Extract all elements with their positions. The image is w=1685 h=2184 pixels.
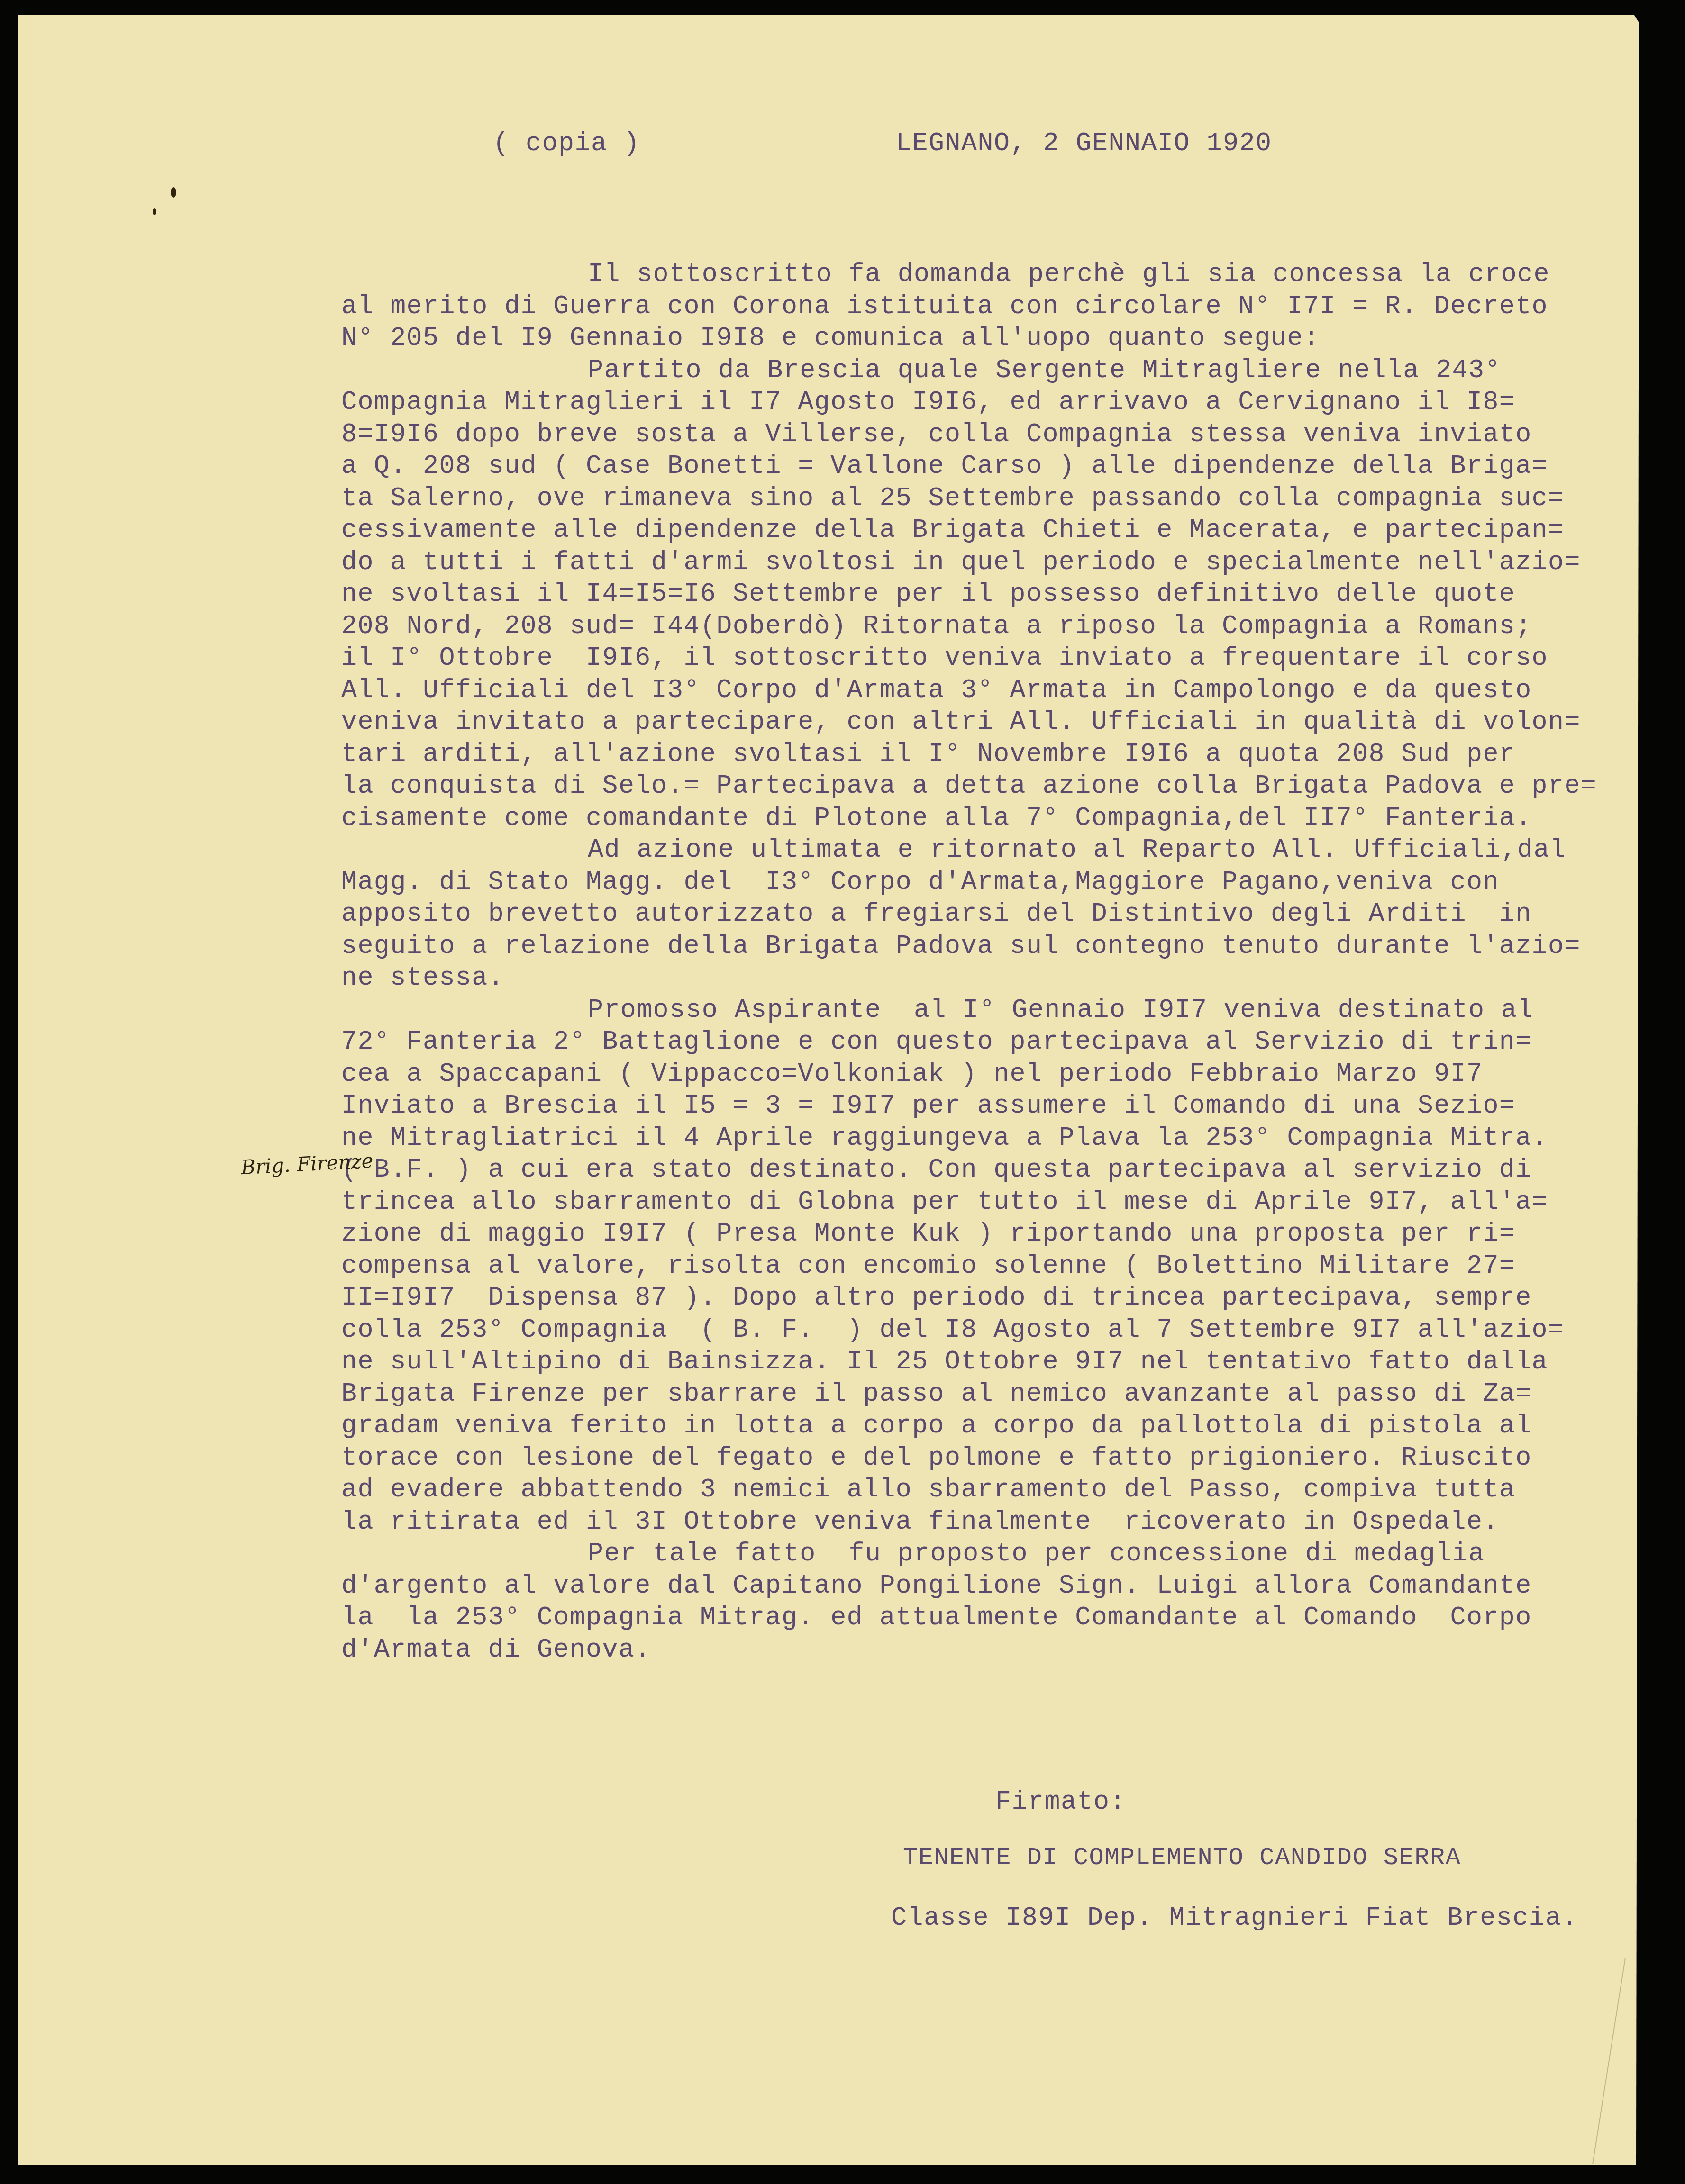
body-line: torace con lesione del fegato e del polm… <box>341 1442 1574 1474</box>
copy-label: ( copia ) <box>493 130 640 156</box>
body-line: d'Armata di Genova. <box>341 1634 1574 1666</box>
body-line: Magg. di Stato Magg. del I3° Corpo d'Arm… <box>341 866 1574 898</box>
body-line: trincea allo sbarramento di Globna per t… <box>341 1186 1574 1218</box>
body-line: N° 205 del I9 Gennaio I9I8 e comunica al… <box>341 322 1574 354</box>
body-line: al merito di Guerra con Corona istituita… <box>341 290 1574 323</box>
ink-speck <box>171 187 176 198</box>
body-line: Compagnia Mitraglieri il I7 Agosto I9I6,… <box>341 386 1574 418</box>
body-line: ad evadere abbattendo 3 nemici allo sbar… <box>341 1474 1574 1506</box>
body-line: apposito brevetto autorizzato a fregiars… <box>341 898 1574 930</box>
body-line: veniva invitato a partecipare, con altri… <box>341 706 1574 738</box>
body-line: ne Mitragliatrici il 4 Aprile raggiungev… <box>341 1122 1574 1154</box>
place-date: LEGNANO, 2 GENNAIO 1920 <box>896 130 1272 156</box>
body-line: colla 253° Compagnia ( B. F. ) del I8 Ag… <box>341 1314 1574 1346</box>
body-line: compensa al valore, risolta con encomio … <box>341 1250 1574 1282</box>
body-line: All. Ufficiali del I3° Corpo d'Armata 3°… <box>341 674 1574 707</box>
body-line: Promosso Aspirante al I° Gennaio I9I7 ve… <box>341 994 1574 1026</box>
body-line: zione di maggio I9I7 ( Presa Monte Kuk )… <box>341 1218 1574 1250</box>
body-line: cessivamente alle dipendenze della Briga… <box>341 514 1574 546</box>
body-line: a Q. 208 sud ( Case Bonetti = Vallone Ca… <box>341 450 1574 482</box>
paper-fold-line <box>1592 1958 1626 2164</box>
body-line: cisamente come comandante di Plotone all… <box>341 802 1574 834</box>
body-line: 208 Nord, 208 sud= I44(Doberdò) Ritornat… <box>341 610 1574 643</box>
signed-label: Firmato: <box>995 1789 1126 1815</box>
body-line: Il sottoscritto fa domanda perchè gli si… <box>341 258 1574 290</box>
ink-speck <box>153 208 156 215</box>
signatory-class: Classe I89I Dep. Mitragnieri Fiat Bresci… <box>891 1905 1578 1931</box>
body-line: Brigata Firenze per sbarrare il passo al… <box>341 1378 1574 1410</box>
body-line: ne stessa. <box>341 962 1574 994</box>
body-line: cea a Spaccapani ( Vippacco=Volkoniak ) … <box>341 1058 1574 1090</box>
body-line: ne sull'Altipino di Bainsizza. Il 25 Ott… <box>341 1346 1574 1378</box>
body-line: d'argento al valore dal Capitano Pongili… <box>341 1570 1574 1602</box>
body-line: II=I9I7 Dispensa 87 ). Dopo altro period… <box>341 1282 1574 1314</box>
body-line: 72° Fanteria 2° Battaglione e con questo… <box>341 1026 1574 1058</box>
body-line: Per tale fatto fu proposto per concessio… <box>341 1538 1574 1570</box>
body-line: ta Salerno, ove rimaneva sino al 25 Sett… <box>341 482 1574 515</box>
body-line: Inviato a Brescia il I5 = 3 = I9I7 per a… <box>341 1090 1574 1122</box>
body-line: Partito da Brescia quale Sergente Mitrag… <box>341 354 1574 387</box>
letter-body: Il sottoscritto fa domanda perchè gli si… <box>341 258 1574 1666</box>
body-line: do a tutti i fatti d'armi svoltosi in qu… <box>341 546 1574 579</box>
body-line: la la 253° Compagnia Mitrag. ed attualme… <box>341 1602 1574 1634</box>
signatory-name: TENENTE DI COMPLEMENTO CANDIDO SERRA <box>903 1846 1461 1870</box>
body-line: ( B.F. ) a cui era stato destinato. Con … <box>341 1154 1574 1186</box>
body-line: Ad azione ultimata e ritornato al Repart… <box>341 834 1574 866</box>
body-line: il I° Ottobre I9I6, il sottoscritto veni… <box>341 642 1574 674</box>
body-line: la ritirata ed il 3I Ottobre veniva fina… <box>341 1506 1574 1538</box>
body-line: 8=I9I6 dopo breve sosta a Villerse, coll… <box>341 418 1574 451</box>
body-line: seguito a relazione della Brigata Padova… <box>341 930 1574 962</box>
body-line: tari arditi, all'azione svoltasi il I° N… <box>341 738 1574 770</box>
body-line: ne svoltasi il I4=I5=I6 Settembre per il… <box>341 578 1574 610</box>
body-line: gradam veniva ferito in lotta a corpo a … <box>341 1410 1574 1442</box>
body-line: la conquista di Selo.= Partecipava a det… <box>341 770 1574 802</box>
